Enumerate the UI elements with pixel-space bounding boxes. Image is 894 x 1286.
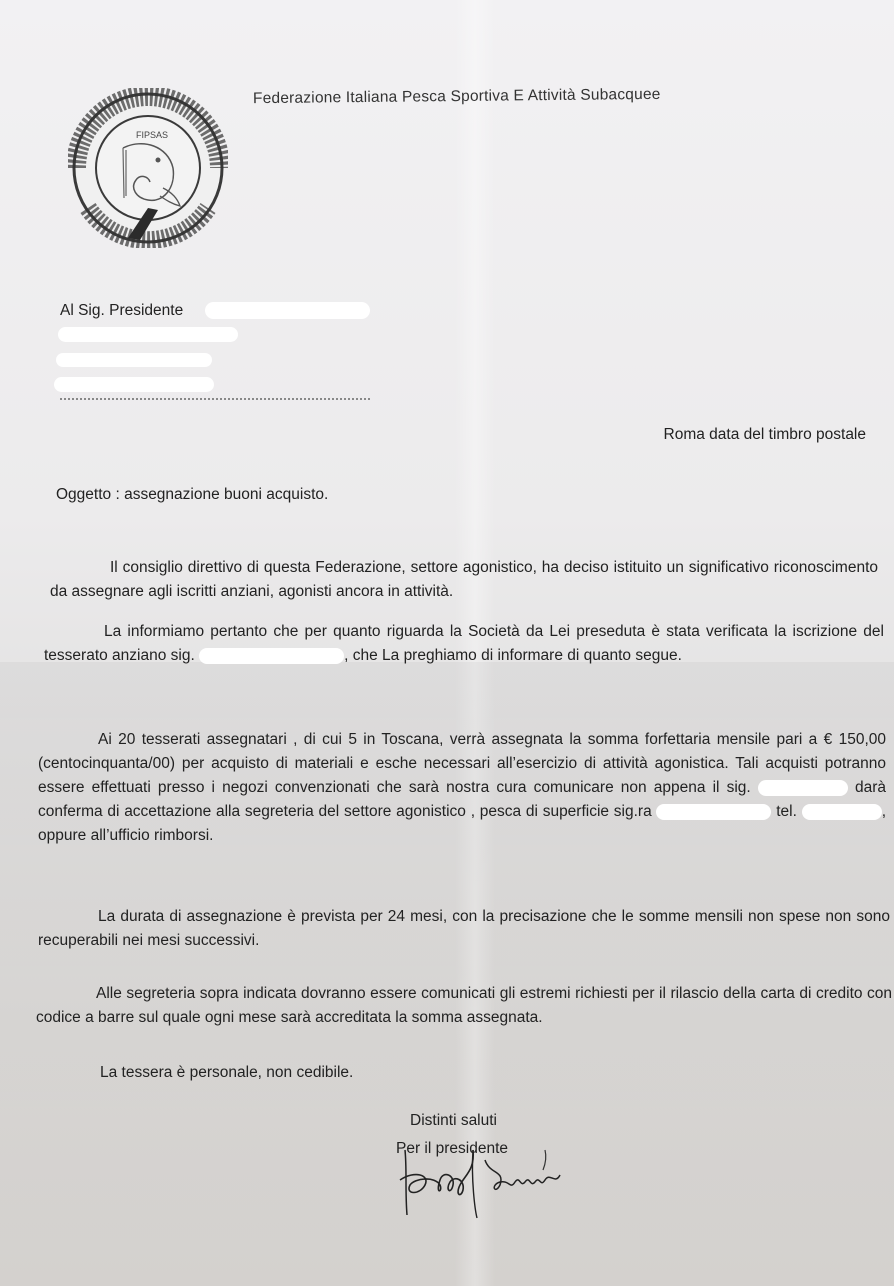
dotted-separator (60, 398, 370, 400)
salutation-text: Al Sig. Presidente (60, 302, 183, 319)
paragraph-2-text-b: , che La preghiamo di informare di quant… (344, 647, 682, 664)
handwritten-signature-icon (395, 1140, 585, 1220)
paragraph-5-text: Alle segreteria sopra indicata dovranno … (36, 985, 892, 1026)
redacted-address-line-2 (56, 353, 212, 367)
paragraph-2: La informiamo pertanto che per quanto ri… (44, 620, 884, 668)
redacted-phone-number (802, 804, 882, 820)
svg-text:FIPSAS: FIPSAS (136, 130, 168, 140)
paragraph-4: La durata di assegnazione è prevista per… (38, 905, 890, 953)
fipsas-logo-icon: FIPSAS (68, 88, 228, 248)
paragraph-6: La tessera è personale, non cedibile. (100, 1064, 353, 1082)
redacted-address-line-3 (54, 377, 214, 392)
organization-name: Federazione Italiana Pesca Sportiva E At… (253, 86, 661, 108)
redacted-secretary-name (656, 804, 771, 820)
redacted-member-name-2 (758, 780, 848, 796)
paragraph-3-text-c: tel. (776, 803, 797, 820)
redacted-member-name (199, 648, 344, 664)
closing-greeting: Distinti saluti (410, 1112, 497, 1130)
recipient-salutation: Al Sig. Presidente (60, 302, 183, 320)
paragraph-5: Alle segreteria sopra indicata dovranno … (36, 982, 892, 1030)
subject-line: Oggetto : assegnazione buoni acquisto. (56, 486, 328, 504)
paragraph-3: Ai 20 tesserati assegnatari , di cui 5 i… (38, 728, 886, 848)
paragraph-4-text: La durata di assegnazione è prevista per… (38, 908, 890, 949)
place-date: Roma data del timbro postale (664, 426, 866, 444)
redacted-address-line-1 (58, 327, 238, 342)
paragraph-1-text: Il consiglio direttivo di questa Federaz… (50, 559, 878, 600)
paragraph-1: Il consiglio direttivo di questa Federaz… (50, 556, 878, 604)
redacted-recipient-name (205, 302, 370, 319)
